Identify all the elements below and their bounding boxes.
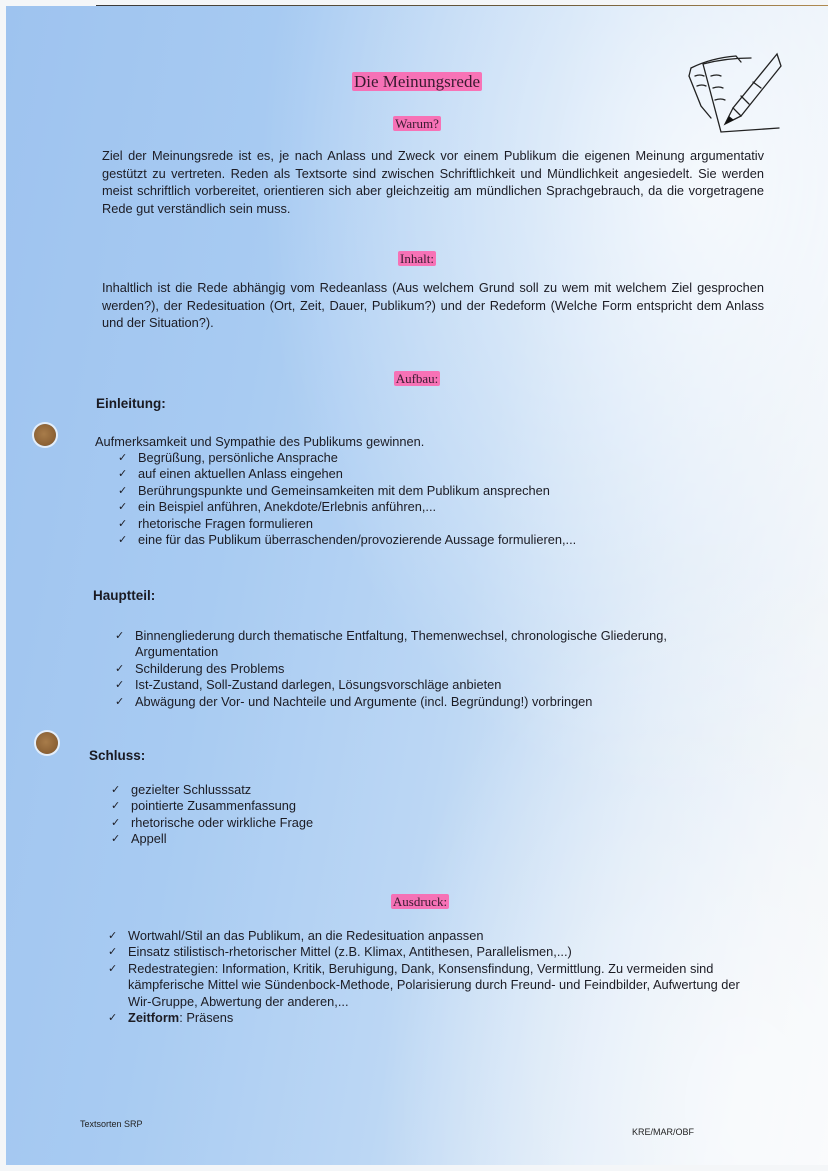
list-item: Wortwahl/Stil an das Publikum, an die Re… <box>106 928 756 944</box>
subheading-hauptteil: Hauptteil: <box>93 588 155 603</box>
subheading-schluss: Schluss: <box>89 748 145 763</box>
hauptteil-list: Binnengliederung durch thematische Entfa… <box>113 628 713 710</box>
zeitform-label: Zeitform <box>128 1010 179 1025</box>
list-item: Ist-Zustand, Soll-Zustand darlegen, Lösu… <box>113 677 713 693</box>
list-item: rhetorische oder wirkliche Frage <box>109 815 609 831</box>
schluss-list: gezielter Schlusssatz pointierte Zusamme… <box>109 782 609 848</box>
list-item: auf einen aktuellen Anlass eingehen <box>116 466 716 482</box>
warum-paragraph: Ziel der Meinungsrede ist es, je nach An… <box>102 147 764 217</box>
footer-right: KRE/MAR/OBF <box>632 1127 694 1137</box>
inhalt-paragraph: Inhaltlich ist die Rede abhängig vom Red… <box>102 279 764 332</box>
list-item: gezielter Schlusssatz <box>109 782 609 798</box>
list-item: rhetorische Fragen formulieren <box>116 516 716 532</box>
document-title: Die Meinungsrede <box>6 72 828 92</box>
list-item: eine für das Publikum überraschenden/pro… <box>116 532 716 548</box>
list-item: Schilderung des Problems <box>113 661 713 677</box>
list-item: pointierte Zusammenfassung <box>109 798 609 814</box>
section-heading-aufbau: Aufbau: <box>6 371 828 387</box>
punch-hole <box>36 732 58 754</box>
einleitung-list: Begrüßung, persönliche Ansprache auf ein… <box>116 450 716 548</box>
ausdruck-list: Wortwahl/Stil an das Publikum, an die Re… <box>106 928 756 1026</box>
list-item: Appell <box>109 831 609 847</box>
footer-left: Textsorten SRP <box>80 1119 143 1129</box>
heading-text: Warum? <box>393 116 441 131</box>
section-heading-inhalt: Inhalt: <box>6 251 828 267</box>
heading-text: Ausdruck: <box>391 894 449 909</box>
list-item: Abwägung der Vor- und Nachteile und Argu… <box>113 694 713 710</box>
title-text: Die Meinungsrede <box>352 72 482 91</box>
document-page: Die Meinungsrede Warum? Ziel der Meinung… <box>6 6 828 1165</box>
subheading-einleitung: Einleitung: <box>96 396 166 411</box>
list-item: ein Beispiel anführen, Anekdote/Erlebnis… <box>116 499 716 515</box>
list-item: Zeitform: Präsens <box>106 1010 756 1026</box>
heading-text: Aufbau: <box>394 371 441 386</box>
list-item: Redestrategien: Information, Kritik, Ber… <box>106 961 756 1010</box>
zeitform-value: : Präsens <box>179 1010 233 1025</box>
punch-hole <box>34 424 56 446</box>
list-item: Einsatz stilistisch-rhetorischer Mittel … <box>106 944 756 960</box>
list-item: Binnengliederung durch thematische Entfa… <box>113 628 713 661</box>
list-item: Berührungspunkte und Gemeinsamkeiten mit… <box>116 483 716 499</box>
heading-text: Inhalt: <box>398 251 436 266</box>
einleitung-intro: Aufmerksamkeit und Sympathie des Publiku… <box>95 433 757 451</box>
section-heading-ausdruck: Ausdruck: <box>9 894 828 910</box>
section-heading-warum: Warum? <box>6 116 828 132</box>
list-item: Begrüßung, persönliche Ansprache <box>116 450 716 466</box>
